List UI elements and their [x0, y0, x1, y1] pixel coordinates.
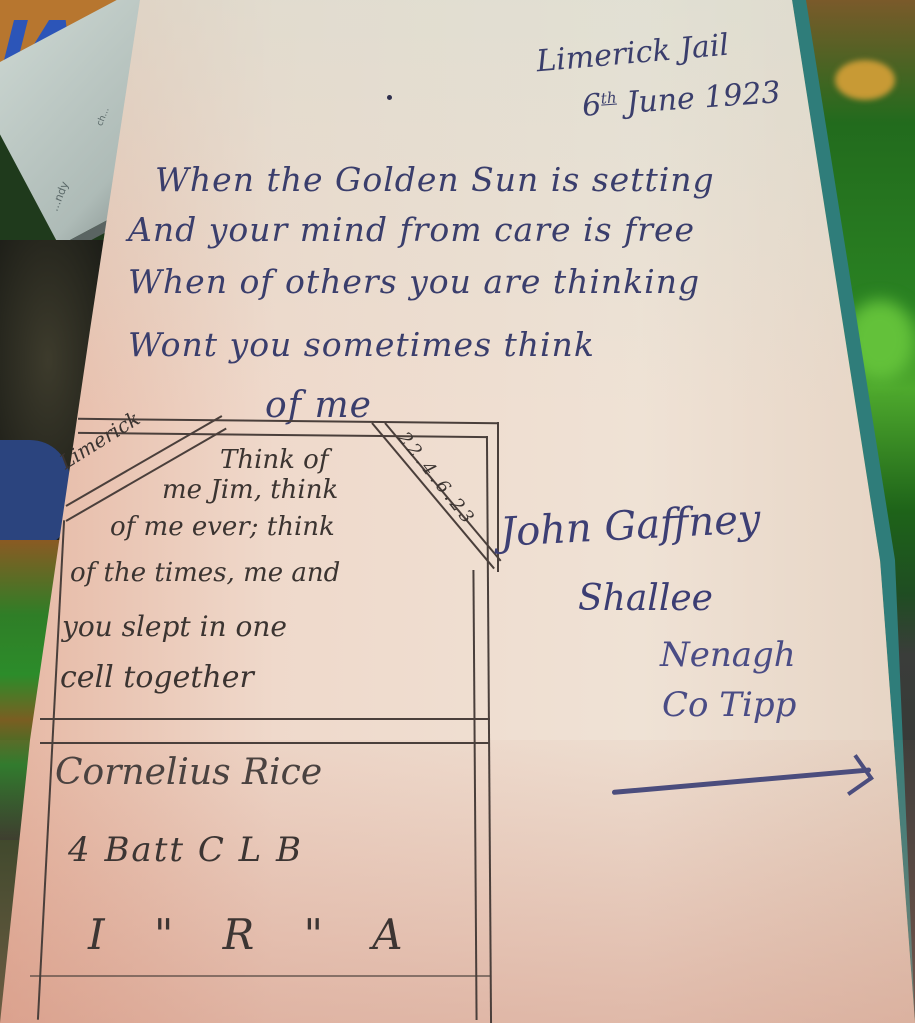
box-divider-inner: [40, 742, 490, 744]
ink-dot: [387, 95, 392, 100]
box-signature-name: Cornelius Rice: [55, 752, 322, 793]
poem-line-4: Wont you sometimes think: [128, 325, 595, 364]
box-message-line-4: of the times, me and: [70, 558, 340, 588]
box-divider: [40, 718, 490, 720]
box-message-line-5: you slept in one: [62, 610, 287, 643]
signature-address-line-2: Nenagh: [660, 635, 796, 675]
box-right-line: [497, 422, 499, 572]
date-suffix: th: [600, 89, 617, 108]
box-signature-org: I " R " A: [88, 910, 421, 959]
box-message-line-3: of me ever; think: [110, 512, 335, 542]
signature-address-line-3: Co Tipp: [662, 685, 796, 725]
background-booklet-text: ...ndy: [48, 180, 72, 214]
box-signature-unit: 4 Batt C L B: [68, 830, 303, 870]
background-yellow-spot: [835, 60, 895, 100]
poem-line-2: And your mind from care is free: [128, 210, 695, 249]
box-message-line-6: cell together: [60, 660, 254, 695]
background-booklet-text: ch...: [95, 106, 111, 128]
box-bottom-line: [30, 975, 490, 977]
box-message-line-1: Think of: [220, 445, 328, 475]
poem-line-3: When of others you are thinking: [128, 262, 700, 301]
poem-line-1: When the Golden Sun is setting: [155, 160, 715, 199]
date-day: 6: [581, 88, 602, 124]
signature-address-line-1: Shallee: [578, 578, 713, 619]
box-message-line-2: me Jim, think: [162, 475, 338, 505]
